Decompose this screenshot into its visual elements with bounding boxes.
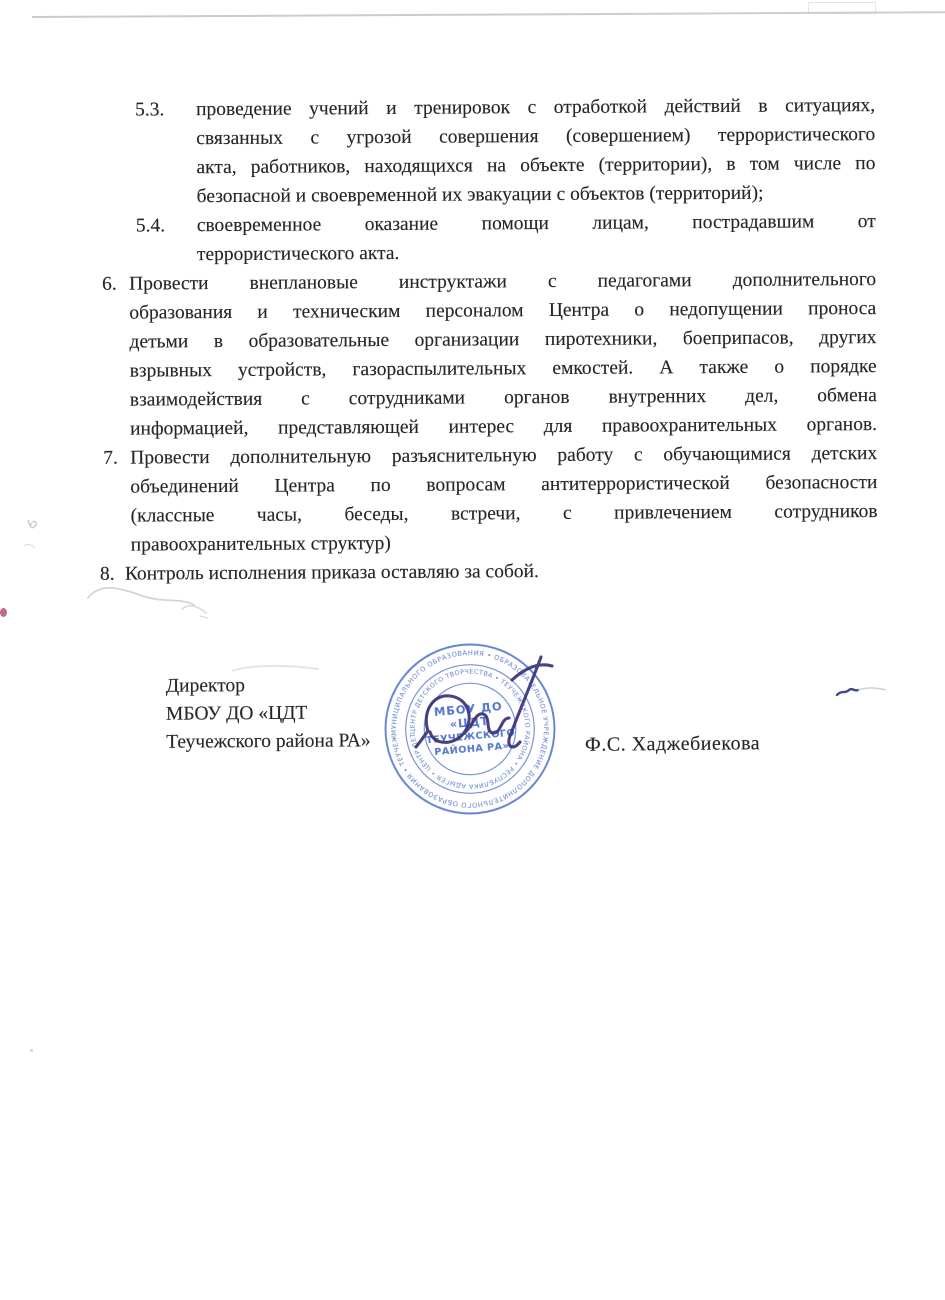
handwritten-signature xyxy=(413,650,565,776)
order-item-5-4: 5.4. своевременное оказание помощи лицам… xyxy=(1,207,945,271)
order-line: правоохранительных структур) xyxy=(131,526,878,560)
order-line: связанных с угрозой совершения (совершен… xyxy=(196,120,875,153)
signature-name: Ф.С. Хаджебиекова xyxy=(585,732,760,757)
item-number: 5.3. xyxy=(135,95,164,124)
order-line: взрывных устройств, газораспылительных е… xyxy=(130,352,877,386)
order-line: Провести дополнительную разъяснительную … xyxy=(130,439,877,473)
order-line: Контроль исполнения приказа оставляю за … xyxy=(125,555,878,589)
order-item-5-3: 5.3. проведение учений и тренировок с от… xyxy=(0,91,945,213)
order-line: (классные часы, беседы, встречи, с привл… xyxy=(130,497,877,531)
order-line: информацией, представляющей интерес для … xyxy=(130,410,877,444)
order-line: своевременное оказание помощи лицам, пос… xyxy=(197,207,876,240)
order-line: террористического акта. xyxy=(197,236,876,269)
signature-title-line: Директор xyxy=(166,671,371,700)
signature-title-line: МБОУ ДО «ЦДТ xyxy=(166,699,371,728)
item-number: 5.4. xyxy=(136,211,165,240)
scan-artifact-dot xyxy=(30,1049,33,1052)
order-line: безопасной и своевременной их эвакуации … xyxy=(197,178,876,211)
scan-artifact-red-dot xyxy=(0,608,7,617)
order-line: Провести внеплановые инструктажи с педаг… xyxy=(129,265,876,299)
signature-title-block: Директор МБОУ ДО «ЦДТ Теучежского района… xyxy=(166,671,371,756)
order-line: детьми в образовательные организации пир… xyxy=(129,323,876,357)
scanned-order-page: 5.3. проведение учений и тренировок с от… xyxy=(0,0,945,1300)
scan-artifact-ink-mark xyxy=(834,684,890,702)
order-line: акта, работников, находящихся на объекте… xyxy=(196,149,875,182)
order-body: 5.3. проведение учений и тренировок с от… xyxy=(0,91,945,590)
order-line: образования и техническим персоналом Цен… xyxy=(129,294,876,328)
item-number: 7. xyxy=(103,444,118,473)
signature-title-line: Теучежского района РА» xyxy=(166,727,371,756)
order-item-7: 7. Провести дополнительную разъяснительн… xyxy=(2,439,945,561)
scan-artifact-margin-marks xyxy=(14,512,46,556)
scan-artifact-rectangle xyxy=(808,2,876,14)
order-line: объединений Центра по вопросам антитерро… xyxy=(130,468,877,502)
order-item-6: 6. Провести внеплановые инструктажи с пе… xyxy=(1,265,945,445)
order-line: взаимодействия с сотрудниками органов вн… xyxy=(130,381,877,415)
scan-artifact-pencil-squiggle xyxy=(82,578,222,623)
item-number: 6. xyxy=(102,270,117,299)
order-line: проведение учений и тренировок с отработ… xyxy=(196,91,875,124)
